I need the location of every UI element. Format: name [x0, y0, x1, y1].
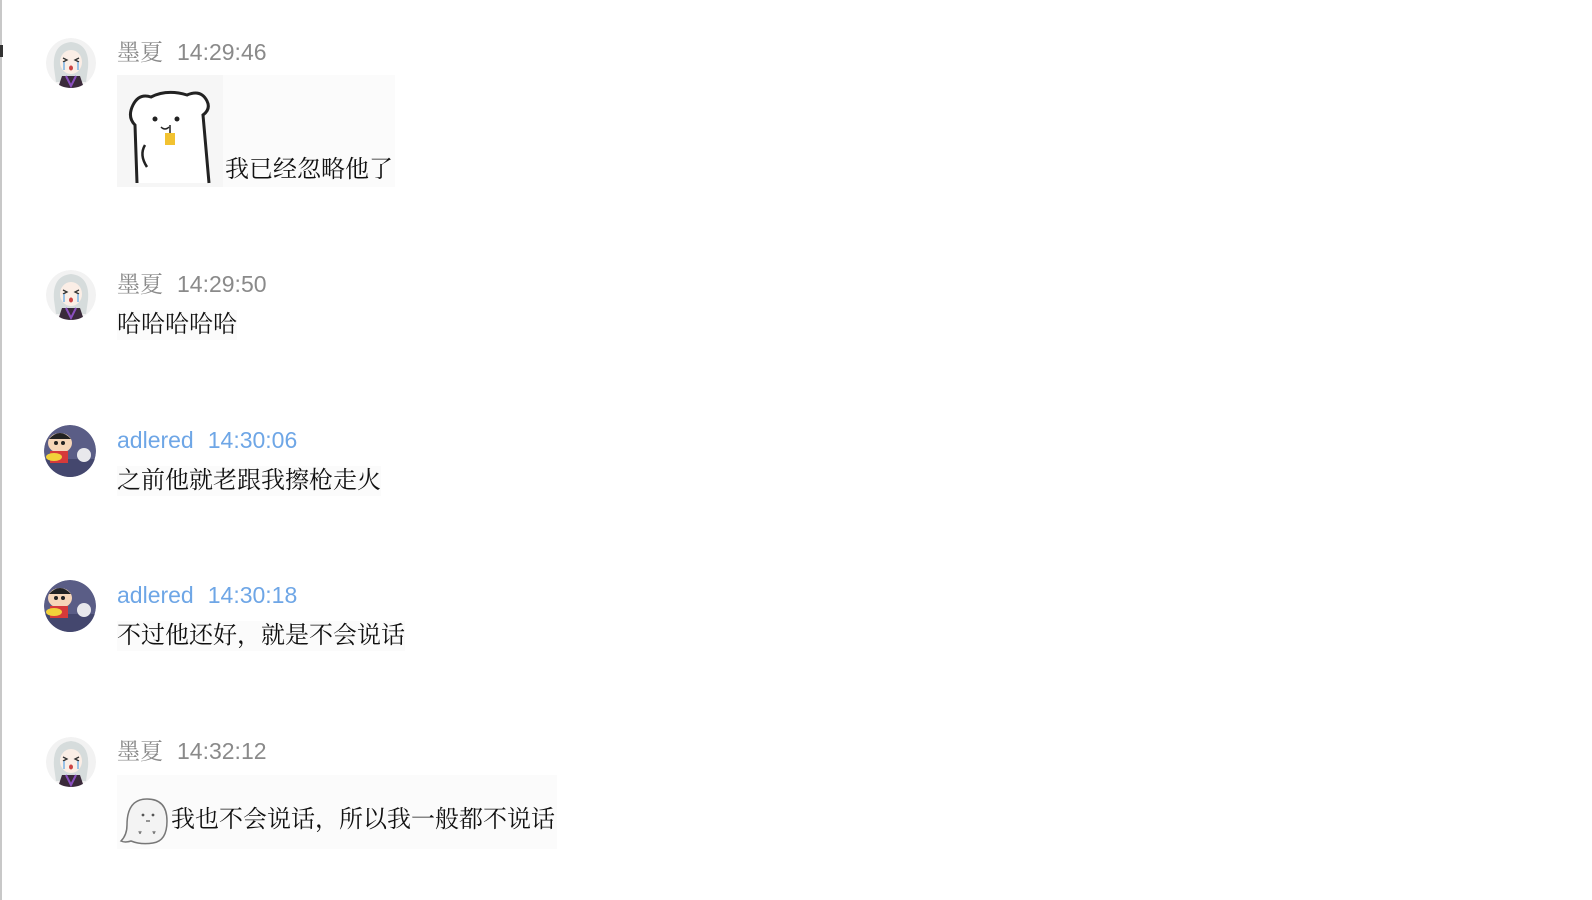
timestamp: 14:29:50	[177, 271, 267, 297]
sender-name[interactable]: 墨夏	[117, 39, 163, 65]
message-text: 我也不会说话，所以我一般都不说话	[171, 805, 555, 849]
message-body: 不过他还好，就是不会说话	[117, 621, 405, 651]
timestamp: 14:32:12	[177, 738, 267, 764]
message-body: 我也不会说话，所以我一般都不说话	[117, 775, 557, 849]
ghost-sticker-icon	[117, 775, 171, 849]
crayon-shin-chan-avatar-icon	[44, 425, 96, 477]
sender-name[interactable]: 墨夏	[117, 738, 163, 764]
silver-hair-crying-avatar-icon	[46, 737, 96, 787]
avatar[interactable]	[44, 580, 96, 632]
sender-name[interactable]: 墨夏	[117, 271, 163, 297]
timestamp: 14:30:06	[208, 427, 298, 453]
avatar[interactable]	[44, 425, 96, 477]
message-body: 哈哈哈哈哈	[117, 310, 237, 340]
crayon-shin-chan-avatar-icon	[44, 580, 96, 632]
scrollbar-track[interactable]	[0, 0, 2, 900]
message-text: 不过他还好，就是不会说话	[117, 622, 405, 649]
message-body: 我已经忽略他了	[117, 75, 395, 187]
silver-hair-crying-avatar-icon	[46, 38, 96, 88]
sender-name[interactable]: adlered	[117, 582, 194, 608]
timestamp: 14:30:18	[208, 582, 298, 608]
message-header: adlered14:30:06	[117, 426, 297, 454]
message-body: 之前他就老跟我擦枪走火	[117, 466, 381, 496]
bear-sticker-icon	[117, 75, 223, 187]
message-text: 我已经忽略他了	[225, 155, 393, 187]
message-text: 哈哈哈哈哈	[117, 311, 237, 338]
message-header: 墨夏14:32:12	[117, 737, 267, 765]
avatar[interactable]	[46, 737, 96, 787]
avatar[interactable]	[46, 270, 96, 320]
scrollbar-thumb[interactable]	[0, 45, 3, 57]
bear-drinking-sticker[interactable]	[117, 75, 225, 187]
message-header: adlered14:30:18	[117, 581, 297, 609]
message-text: 之前他就老跟我擦枪走火	[117, 467, 381, 494]
timestamp: 14:29:46	[177, 39, 267, 65]
message-header: 墨夏14:29:50	[117, 270, 267, 298]
ghost-sticker[interactable]	[117, 775, 171, 849]
avatar[interactable]	[46, 38, 96, 88]
silver-hair-crying-avatar-icon	[46, 270, 96, 320]
message-header: 墨夏14:29:46	[117, 38, 267, 66]
sender-name[interactable]: adlered	[117, 427, 194, 453]
